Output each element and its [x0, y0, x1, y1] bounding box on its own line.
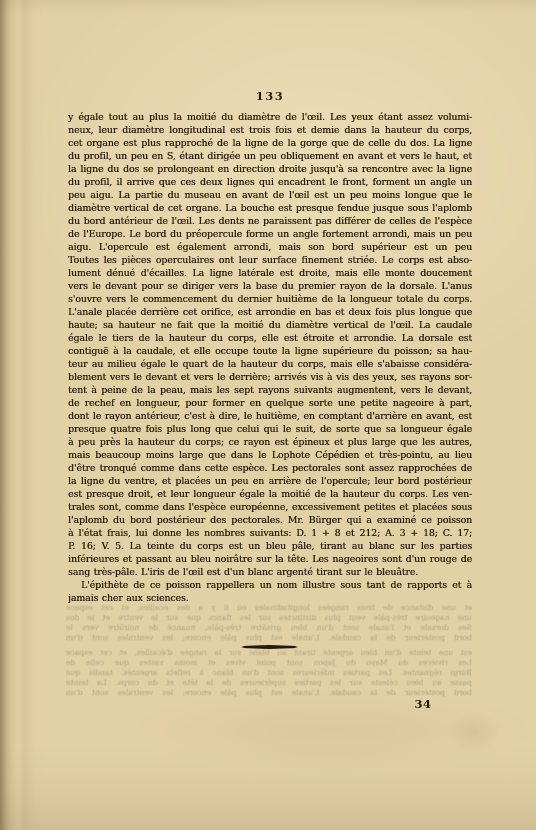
text-line: vers le devant pour se diriger vers la b… — [68, 280, 472, 293]
showthrough-line: est une teinte d'un bleu argenté tirant … — [66, 648, 472, 658]
showthrough-line: et une distance de trois rangées longitu… — [66, 603, 472, 613]
text-line: du profil, un peu en S, étant dirigée un… — [68, 150, 472, 163]
text-line: mais beaucoup moins large que dans le Lo… — [68, 449, 472, 462]
text-line: contiguë à la caudale, et elle occupe to… — [68, 345, 472, 358]
text-line: diamètre vertical de cet organe. La bouc… — [68, 202, 472, 215]
text-line: trales sont, comme dans l'espèce europée… — [68, 501, 472, 514]
signature-number: 34 — [410, 697, 436, 711]
text-line: L'épithète de ce poisson rappellera un n… — [68, 579, 472, 592]
text-line: du bord antérieur de l'œil. Les dents ne… — [68, 215, 472, 228]
text-line: l'aplomb du bord postérieur des pectoral… — [68, 514, 472, 527]
text-line: Toutes les pièces operculaires ont leur … — [68, 254, 472, 267]
paragraph-continued: y égale tout au plus la moitié du diamèt… — [68, 111, 472, 579]
showthrough-line: bord postérieur de la caudale. L'anale e… — [66, 633, 472, 643]
showthrough-text-lower: est une teinte d'un bleu argenté tirant … — [66, 648, 472, 697]
text-line: sang très-pâle. L'iris de l'œil est d'un… — [68, 566, 472, 579]
text-line: s'ouvre vers le commencement du dernier … — [68, 293, 472, 306]
text-line: d'être tronqué comme dans cette espèce. … — [68, 462, 472, 475]
showthrough-line: Ses dorsale et l'anale sont d'un bleu gr… — [66, 623, 472, 633]
text-line: cet organe est plus rapproché de la lign… — [68, 137, 472, 150]
showthrough-line: une nageoire très-pâle veut plus distinc… — [66, 613, 472, 623]
text-line: blement vers le devant et vers le derriè… — [68, 371, 472, 384]
text-line: la ligne du dos se prolongeant en direct… — [68, 163, 472, 176]
text-block: y égale tout au plus la moitié du diamèt… — [68, 111, 472, 605]
text-line: à l'état frais, lui donne les nombres su… — [68, 527, 472, 540]
text-line: inférieures et passant au bleu noirâtre … — [68, 553, 472, 566]
text-line: y égale tout au plus la moitié du diamèt… — [68, 111, 472, 124]
text-line: de l'Europe. Le bord du préopercule form… — [68, 228, 472, 241]
page-number-header: 133 — [68, 89, 472, 103]
text-line: P. 16; V. 5. La teinte du corps est un b… — [68, 540, 472, 553]
text-line: haute; sa hauteur ne fait que la moitié … — [68, 319, 472, 332]
text-line: aigu. L'opercule est également arrondi, … — [68, 241, 472, 254]
text-line: presque quatre fois plus long que celui … — [68, 423, 472, 436]
showthrough-line: Bürgi régnantes. Les parties inférieures… — [66, 668, 472, 678]
text-line: peu aigu. La partie du museau en avant d… — [68, 189, 472, 202]
text-line: à peu près la hauteur du corps; ce rayon… — [68, 436, 472, 449]
showthrough-text-upper: et une distance de trois rangées longitu… — [66, 603, 472, 643]
text-line: égale le tiers de la hauteur du corps, e… — [68, 332, 472, 345]
text-line: lument dénué d'écailles. La ligne latéra… — [68, 267, 472, 280]
text-line: tent à peine de la peau, mais les sept r… — [68, 384, 472, 397]
text-line: est presque droit, et leur longueur égal… — [68, 488, 472, 501]
text-line: dont le rayon antérieur, c'est à dire, l… — [68, 410, 472, 423]
scanned-book-page: 133 y égale tout au plus la moitié du di… — [0, 0, 536, 830]
text-line: teur au milieu égale le quart de la haut… — [68, 358, 472, 371]
paragraph-epithet: L'épithète de ce poisson rappellera un n… — [68, 579, 472, 605]
showthrough-line: Les rivières du Mayo du Japon sont point… — [66, 658, 472, 668]
text-line: la ligne du ventre, et placées un peu en… — [68, 475, 472, 488]
paper-stain — [448, 712, 500, 752]
text-line: L'anale placée derrière cet orifice, est… — [68, 306, 472, 319]
showthrough-line: passe au bleu céleste sur les parties su… — [66, 678, 472, 688]
showthrough-line: bord postérieur de la caudale. L'anale e… — [66, 688, 472, 698]
text-line: neux, leur diamètre longitudinal est tro… — [68, 124, 472, 137]
text-line: de rechef en longueur, pour former en qu… — [68, 397, 472, 410]
text-line: du profil, il arrive que ces deux lignes… — [68, 176, 472, 189]
